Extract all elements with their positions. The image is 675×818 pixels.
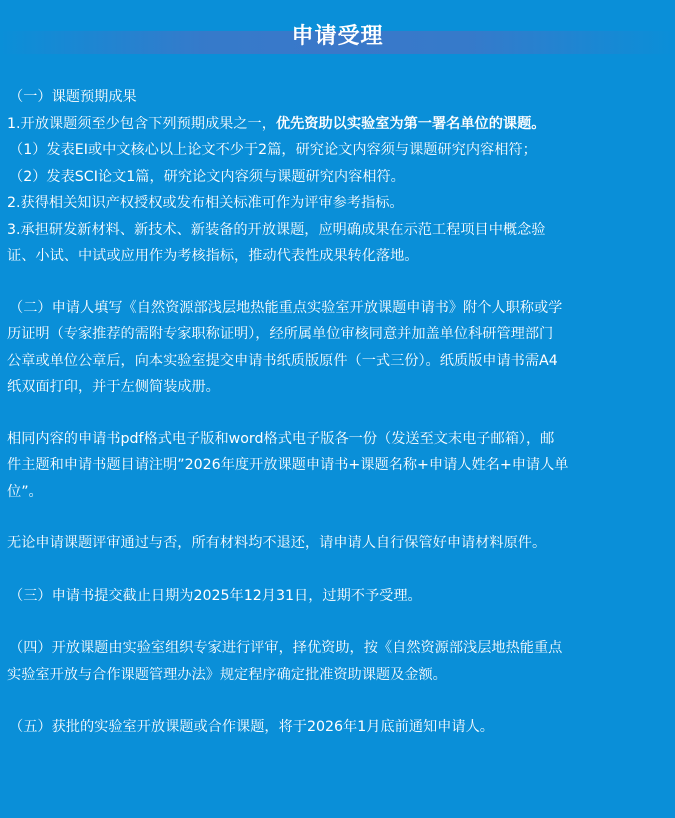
spacer	[7, 401, 669, 426]
content-body: （一）课题预期成果 1.开放课题须至少包含下列预期成果之一，优先资助以实验室为第…	[7, 84, 669, 741]
spacer	[7, 270, 669, 295]
outcome-sub-item-1: （1）发表EI或中文核心以上论文不少于2篇，研究论文内容须与课题研究内容相符；	[7, 137, 669, 164]
section-expected-outcomes: （一）课题预期成果 1.开放课题须至少包含下列预期成果之一，优先资助以实验室为第…	[7, 84, 669, 270]
spacer	[7, 609, 669, 635]
spacer	[7, 557, 669, 583]
section-4-line-2: 实验室开放与合作课题管理办法》规定程序确定批准资助课题及金额。	[7, 662, 669, 689]
electronic-version-note: 相同内容的申请书pdf格式电子版和word格式电子版各一份（发送至文末电子邮箱）…	[7, 426, 669, 506]
electronic-line-1: 相同内容的申请书pdf格式电子版和word格式电子版各一份（发送至文末电子邮箱）…	[7, 426, 669, 453]
page-header: 申请受理	[0, 18, 675, 58]
page-title: 申请受理	[0, 22, 675, 52]
section-5-notification: （五）获批的实验室开放课题或合作课题，将于2026年1月底前通知申请人。	[7, 714, 669, 741]
section-review: （四）开放课题由实验室组织专家进行评审，择优资助，按《自然资源部浅层地热能重点 …	[7, 635, 669, 688]
section-4-line-1: （四）开放课题由实验室组织专家进行评审，择优资助，按《自然资源部浅层地热能重点	[7, 635, 669, 662]
section-2-line-3: 公章或单位公章后，向本实验室提交申请书纸质版原件（一式三份）。纸质版申请书需A4	[7, 348, 669, 375]
section-2-line-1: （二）申请人填写《自然资源部浅层地热能重点实验室开放课题申请书》附个人职称或学	[7, 295, 669, 322]
electronic-line-2: 件主题和申请书题目请注明”2026年度开放课题申请书+课题名称+申请人姓名+申请…	[7, 452, 669, 479]
outcome-item-1: 1.开放课题须至少包含下列预期成果之一，优先资助以实验室为第一署名单位的课题。	[7, 111, 669, 138]
outcome-item-3-line-1: 3.承担研发新材料、新技术、新装备的开放课题，应明确成果在示范工程项目中概念验	[7, 217, 669, 244]
outcome-item-3-line-2: 证、小试、中试或应用作为考核指标，推动代表性成果转化落地。	[7, 243, 669, 270]
priority-funding-note: 优先资助以实验室为第一署名单位的课题。	[276, 116, 546, 132]
outcome-item-2: 2.获得相关知识产权授权或发布相关标准可作为评审参考指标。	[7, 190, 669, 217]
outcome-item-1-text: 1.开放课题须至少包含下列预期成果之一，	[7, 116, 276, 132]
outcome-sub-item-2: （2）发表SCI论文1篇，研究论文内容须与课题研究内容相符。	[7, 164, 669, 191]
materials-not-returned-note: 无论申请课题评审通过与否，所有材料均不退还，请申请人自行保管好申请材料原件。	[7, 530, 669, 557]
section-1-heading: （一）课题预期成果	[7, 84, 669, 111]
section-3-deadline: （三）申请书提交截止日期为2025年12月31日，过期不予受理。	[7, 583, 669, 610]
electronic-line-3: 位”。	[7, 479, 669, 506]
spacer	[7, 505, 669, 530]
section-2-line-4: 纸双面打印，并于左侧简装成册。	[7, 374, 669, 401]
section-application-submission: （二）申请人填写《自然资源部浅层地热能重点实验室开放课题申请书》附个人职称或学 …	[7, 295, 669, 401]
spacer	[7, 688, 669, 714]
section-2-line-2: 历证明（专家推荐的需附专家职称证明），经所属单位审核同意并加盖单位科研管理部门	[7, 321, 669, 348]
